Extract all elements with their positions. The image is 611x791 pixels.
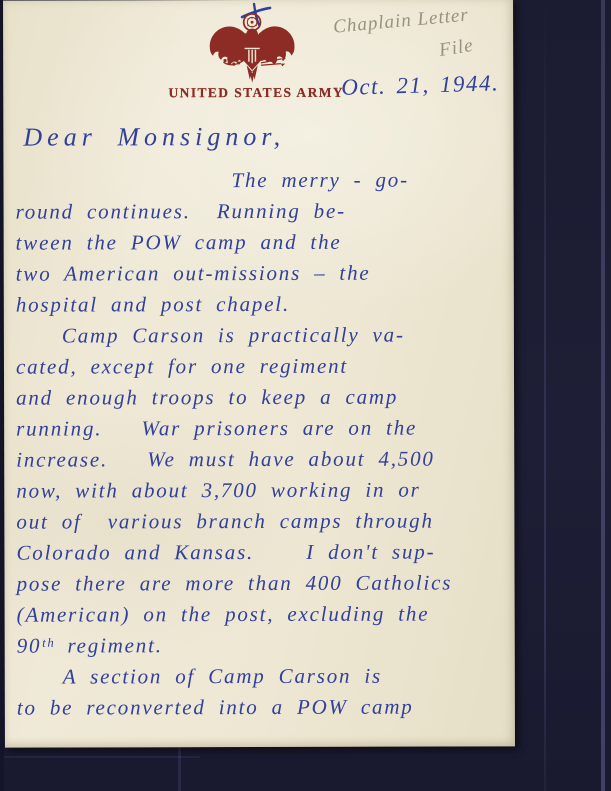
- handwritten-line: pose there are more than 400 Catholics: [17, 567, 513, 599]
- fold-crease: [544, 0, 546, 791]
- handwritten-line: to be reconverted into a POW camp: [17, 691, 513, 723]
- handwritten-line: out of various branch camps through: [16, 505, 512, 537]
- fold-crease: [0, 756, 200, 758]
- handwritten-line: Camp Carson is practically va-: [16, 319, 512, 351]
- handwritten-line: round continues. Running be-: [16, 195, 512, 227]
- letter-page: UNITED STATES ARMY Chaplain Letter File …: [3, 0, 515, 748]
- army-eagle-seal-icon: [204, 11, 300, 94]
- handwritten-line: and enough troops to keep a camp: [16, 381, 512, 413]
- letter-body: The merry - go- round continues. Running…: [15, 164, 512, 723]
- handwritten-line: now, with about 3,700 working in or: [16, 474, 512, 506]
- handwritten-line: The merry - go-: [15, 164, 511, 196]
- handwritten-line: running. War prisoners are on the: [16, 412, 512, 444]
- backdrop-edge: [601, 0, 605, 791]
- letterhead-title: UNITED STATES ARMY: [156, 85, 356, 102]
- pencil-note-line2: File: [438, 35, 476, 62]
- handwritten-line: cated, except for one regiment: [16, 350, 512, 382]
- handwritten-line: increase. We must have about 4,500: [16, 443, 512, 475]
- handwritten-line: two American out-missions – the: [16, 257, 512, 289]
- fold-crease: [178, 744, 181, 791]
- handwritten-date: Oct. 21, 1944.: [341, 70, 500, 101]
- handwritten-line: Colorado and Kansas. I don't sup-: [16, 536, 512, 568]
- handwritten-line: A section of Camp Carson is: [17, 660, 513, 692]
- handwritten-line: 90ᵗʰ regiment.: [17, 629, 513, 661]
- pencil-note-line1: Chaplain Letter: [332, 5, 469, 39]
- salutation: Dear Monsignor,: [23, 122, 285, 153]
- handwritten-line: tween the POW camp and the: [16, 226, 512, 258]
- handwritten-line: (American) on the post, excluding the: [17, 598, 513, 630]
- handwritten-line: hospital and post chapel.: [16, 288, 512, 320]
